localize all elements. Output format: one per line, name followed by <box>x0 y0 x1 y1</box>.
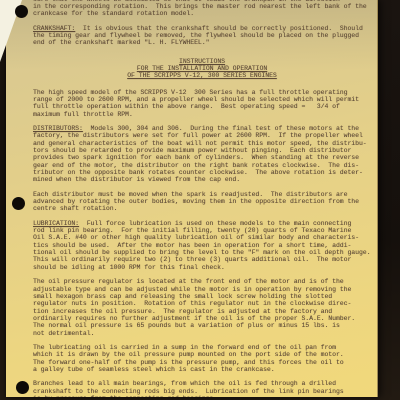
hole-punch-bottom <box>16 381 29 394</box>
paragraph-oil-branches: Branches lead to all main bearings, from… <box>33 380 371 397</box>
paragraph-body: The lubricating oil is carried in a sump… <box>33 344 344 373</box>
paragraph-body: Each distributor must be moved when the … <box>33 191 359 213</box>
paragraph-oil-pressure-regulator: The oil pressure regulator is located at… <box>33 278 371 337</box>
paragraph-lubrication: LUBRICATION: Full force lubrication is u… <box>33 220 371 271</box>
paragraph-body: Branches lead to all main bearings, from… <box>33 380 344 397</box>
document-title: INSTRUCTIONS FOR THE INSTALLATION AND OP… <box>33 58 371 80</box>
paragraph-distributors: DISTRIBUTORS: Models 300, 304 and 306. D… <box>33 125 371 184</box>
crankshaft-heading: CRANKSHAFT: <box>33 25 75 32</box>
title-line-3: OF THE SCRIPPS V-12, 300 SERIES ENGINES <box>33 72 371 79</box>
typewritten-text: sure that the wheels be assembled so tha… <box>33 0 371 397</box>
paragraph-body: Models 300, 304 and 306. During the fina… <box>33 125 367 183</box>
document-page: sure that the wheels be assembled so tha… <box>6 0 378 397</box>
paragraph-body: sure that the wheels be assembled so tha… <box>33 0 367 17</box>
hole-punch-top <box>15 5 28 18</box>
paragraph-body: Full force lubrication is used on these … <box>33 220 370 271</box>
title-line-1: INSTRUCTIONS <box>33 58 371 65</box>
paragraph-body: The high speed model of the SCRIPPS V-12… <box>33 89 359 118</box>
lubrication-heading: LUBRICATION: <box>33 220 79 227</box>
paragraph-distributor-adjustment: Each distributor must be moved when the … <box>33 191 371 213</box>
distributors-heading: DISTRIBUTORS: <box>33 125 83 132</box>
hole-punch-middle <box>12 197 25 210</box>
scanned-document-photo: { "page": { "background_color": "#17120e… <box>0 0 400 400</box>
paragraph-oil-sump: The lubricating oil is carried in a sump… <box>33 344 371 373</box>
paragraph-body: It is obvious that the crankshaft should… <box>33 25 363 47</box>
paragraph-rotation-note: sure that the wheels be assembled so tha… <box>33 0 371 18</box>
paragraph-crankshaft: CRANKSHAFT: It is obvious that the crank… <box>33 25 371 47</box>
paragraph-intro: The high speed model of the SCRIPPS V-12… <box>33 89 371 118</box>
paragraph-body: The oil pressure regulator is located at… <box>33 278 355 336</box>
